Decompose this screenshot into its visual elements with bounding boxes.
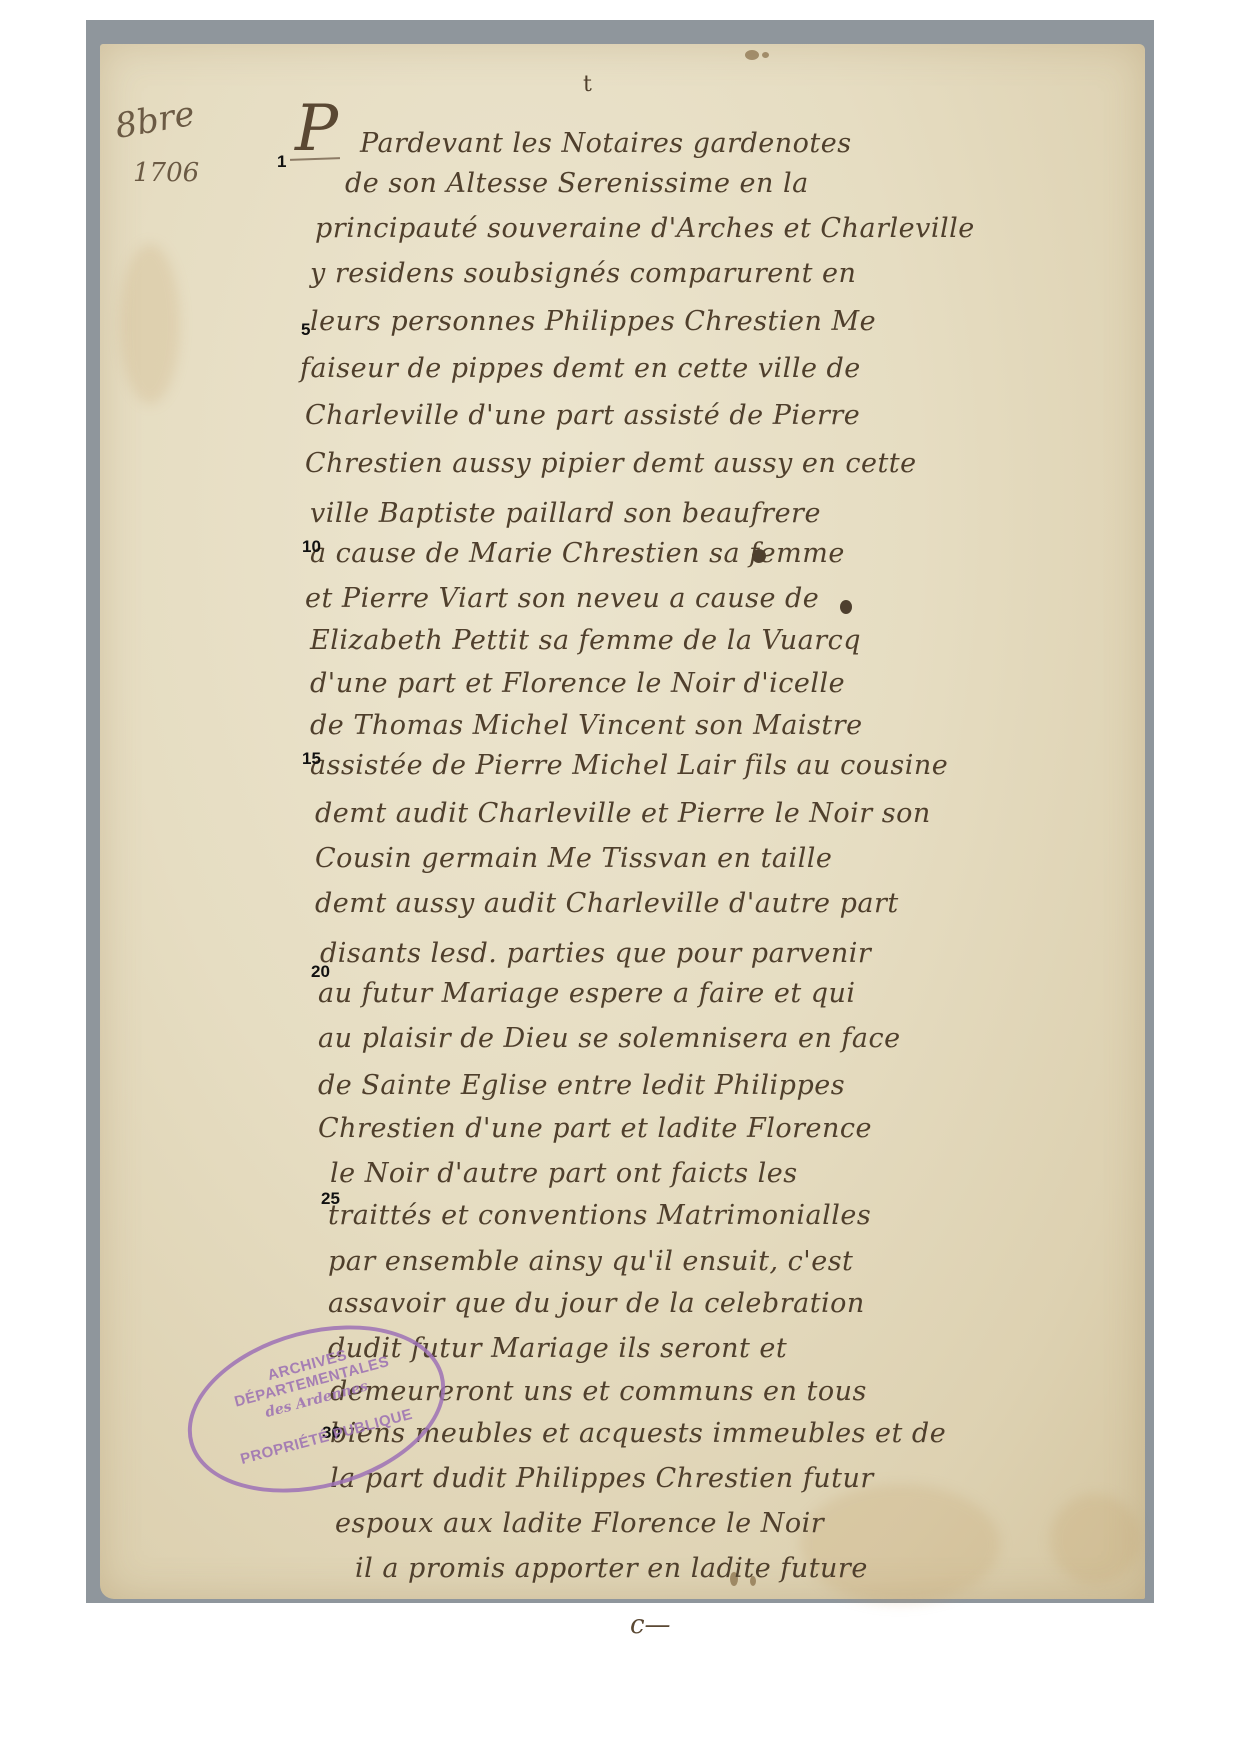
- text-line: au futur Mariage espere a faire et qui: [318, 970, 1088, 1018]
- text-line: le Noir d'autre part ont faicts les: [330, 1150, 1100, 1198]
- line-number-label: 10: [302, 537, 321, 557]
- line-number-label: 5: [301, 320, 310, 340]
- text-line: et Pierre Viart son neveu a cause de: [305, 575, 1075, 623]
- text-line: assistée de Pierre Michel Lair fils au c…: [310, 742, 1080, 790]
- text-line: demeureront uns et communs en tous: [330, 1368, 1100, 1416]
- manuscript-text: Pardevant les Notaires gardenotes de son…: [0, 0, 1240, 1754]
- text-line: faiseur de pippes demt en cette ville de: [300, 345, 1070, 393]
- text-line: y residens soubsignés comparurent en: [310, 250, 1080, 298]
- text-line: de Sainte Eglise entre ledit Philippes: [318, 1062, 1088, 1110]
- text-line: la part dudit Philippes Chrestien futur: [330, 1455, 1100, 1503]
- text-line: de son Altesse Serenissime en la: [345, 160, 1115, 208]
- text-line: Elizabeth Pettit sa femme de la Vuarcq: [310, 617, 1080, 665]
- catchword-mark: c—: [630, 1610, 671, 1640]
- text-line: espoux aux ladite Florence le Noir: [335, 1500, 1105, 1548]
- text-line: demt aussy audit Charleville d'autre par…: [315, 880, 1085, 928]
- line-number-label: 25: [321, 1189, 340, 1209]
- text-line: il a promis apporter en ladite future: [355, 1545, 1125, 1593]
- text-line: Chrestien aussy pipier demt aussy en cet…: [305, 440, 1075, 488]
- text-line: assavoir que du jour de la celebration: [328, 1280, 1098, 1328]
- text-line: a cause de Marie Chrestien sa femme: [310, 530, 1080, 578]
- line-number-label: 15: [302, 749, 321, 769]
- text-line: demt audit Charleville et Pierre le Noir…: [315, 790, 1085, 838]
- text-line: biens meubles et acquests immeubles et d…: [330, 1410, 1100, 1458]
- text-line: principauté souveraine d'Arches et Charl…: [315, 205, 1085, 253]
- text-line: traittés et conventions Matrimonialles: [328, 1192, 1098, 1240]
- text-line: par ensemble ainsy qu'il ensuit, c'est: [328, 1238, 1098, 1286]
- text-line: Chrestien d'une part et ladite Florence: [318, 1105, 1088, 1153]
- text-line: d'une part et Florence le Noir d'icelle: [310, 660, 1080, 708]
- text-line: au plaisir de Dieu se solemnisera en fac…: [318, 1015, 1088, 1063]
- line-number-label: 20: [311, 962, 330, 982]
- text-line: Charleville d'une part assisté de Pierre: [305, 392, 1075, 440]
- text-line: dudit futur Mariage ils seront et: [328, 1325, 1098, 1373]
- text-line: Cousin germain Me Tissvan en taille: [315, 835, 1085, 883]
- text-line: leurs personnes Philippes Chrestien Me: [310, 298, 1080, 346]
- line-number-label: 1: [277, 152, 286, 172]
